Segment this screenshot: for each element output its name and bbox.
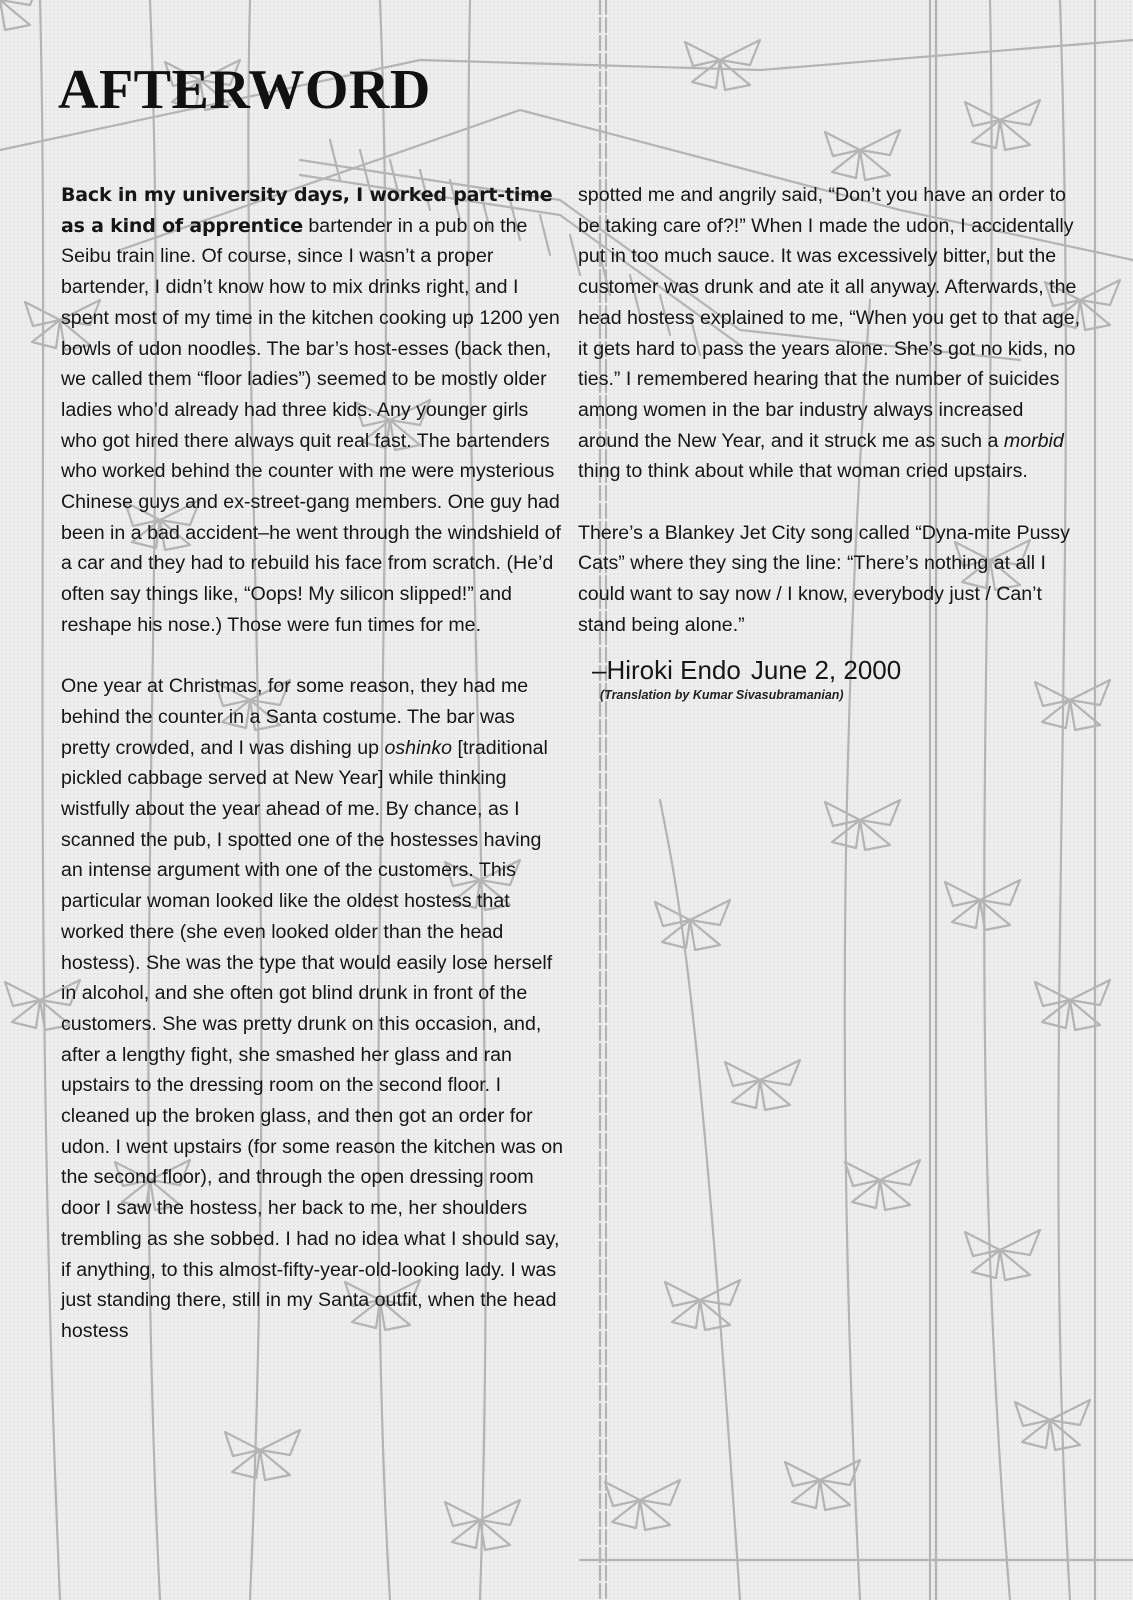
paragraph-text: thing to think about while that woman cr… [578, 460, 1028, 482]
paragraph-head-hostess: spotted me and angrily said, “Don’t you … [578, 180, 1088, 487]
paragraph-christmas: One year at Christmas, for some reason, … [61, 671, 566, 1346]
paragraph-text: [traditional pickled cabbage served at N… [61, 737, 563, 1342]
paragraph-text: bartender in a pub on the Seibu train li… [61, 215, 561, 636]
paragraph-text: spotted me and angrily said, “Don’t you … [578, 184, 1080, 452]
italic-term-morbid: morbid [1004, 430, 1064, 452]
paragraph-song-quote: There’s a Blankey Jet City song called “… [578, 518, 1088, 641]
author-name: –Hiroki Endo [592, 655, 741, 685]
signature: –Hiroki EndoJune 2, 2000 [578, 655, 1088, 685]
signature-date: June 2, 2000 [751, 655, 901, 685]
afterword-page: AFTERWORD Back in my university days, I … [0, 0, 1133, 1600]
right-column: spotted me and angrily said, “Don’t you … [578, 180, 1088, 703]
page-title: AFTERWORD [58, 62, 431, 118]
paragraph-university-days: Back in my university days, I worked par… [61, 180, 566, 641]
left-column: Back in my university days, I worked par… [61, 180, 566, 1347]
italic-term-oshinko: oshinko [384, 737, 452, 759]
translation-credit: (Translation by Kumar Sivasubramanian) [578, 687, 1088, 703]
